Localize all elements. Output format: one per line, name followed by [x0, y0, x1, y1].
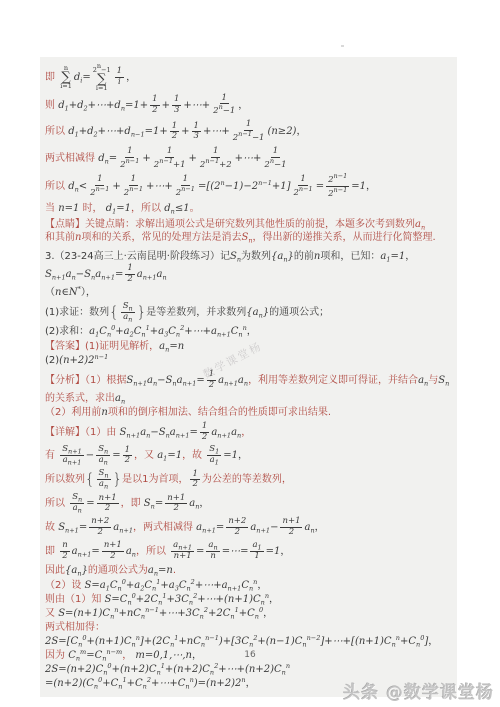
- text-run: an: [126, 545, 136, 558]
- content-panel: 即 n∑i=1di=2n−1∑i=11i，则 d1+d2+⋯+dn=1+12+1…: [40, 57, 457, 697]
- fraction: 12: [150, 95, 159, 116]
- text-run: =1: [351, 180, 366, 193]
- text-run: =⋯=: [222, 545, 249, 558]
- doc-line-24: 则由（1）知 S=Cn0+2Cn1+3Cn2+⋯+(n+1)Cnn，: [45, 593, 452, 606]
- doc-line-17: 有 Sn+1an+1−Snan=12，又 a1=1，故 S1a1=1，: [45, 444, 452, 467]
- text-run: +: [181, 125, 189, 138]
- text-run: ，: [246, 677, 256, 690]
- doc-line-10: (1)求证：数列{Snan}是等差数列，并求数列{an}的通项公式；: [45, 301, 452, 324]
- text-run-red: 项和的倒序相加法、结合组合的性质即可求出结果.: [108, 406, 331, 419]
- doc-line-8: 3.（23-24高三上·云南昆明·阶段练习）记Sn为数列{an}的前n项和，已知…: [45, 250, 452, 286]
- fraction: Snan: [121, 302, 135, 323]
- text-run: ，: [280, 545, 290, 558]
- text-run: dn≤1: [164, 202, 189, 215]
- doc-line-6: 当 n=1 时， d1=1，所以 dn≤1。: [45, 202, 452, 215]
- text-run-red: 。: [190, 202, 200, 215]
- fraction: n+12: [102, 541, 124, 562]
- text-run-red: 因此: [45, 564, 65, 577]
- fraction: 12n−1: [123, 175, 144, 199]
- text-run: ，: [247, 325, 257, 338]
- fraction: 12: [123, 446, 132, 467]
- fraction: n+12: [280, 517, 302, 538]
- text-run: 3Cn2+2Cn1+Cn0: [186, 607, 263, 620]
- text-run: =(n+2)(Cn0+Cn1+Cn2: [45, 677, 151, 690]
- text-run-red: 有: [45, 449, 58, 462]
- text-run: 3.（23-24高三上·云南昆明·阶段练习）记: [45, 250, 230, 263]
- text-run: =1: [223, 449, 238, 462]
- text-run: an=n: [148, 564, 173, 577]
- text-run: S=a1Cn0+a2Cn1+a3Cn2: [85, 579, 195, 592]
- page-number: 16: [0, 650, 500, 660]
- text-run: an+1an: [137, 268, 167, 281]
- text-run: an+1Cnn: [211, 325, 247, 338]
- doc-line-9: （n∈N*），: [45, 286, 452, 299]
- fraction: Snan: [70, 493, 84, 514]
- text-run: +⋯+: [195, 579, 222, 592]
- text-run: S=Cn0+2Cn1+3Cn2: [105, 593, 198, 606]
- text-run: d1+d2+⋯+dn−1=1+: [68, 125, 168, 138]
- text-run-red: ，得出新的递推关系，从而进行化简整理.: [253, 231, 436, 244]
- text-run: +⋯+: [184, 325, 211, 338]
- text-run-red: 项和的关系，常见的处理方法是消去: [81, 231, 241, 244]
- text-run-red: 所以数列: [45, 473, 85, 486]
- doc-line-26: 两式相加得：: [45, 621, 452, 634]
- text-run-red: ，所以: [131, 202, 164, 215]
- text-run: 是等差数列，并求数列: [146, 306, 246, 319]
- text-run: ，: [366, 180, 376, 193]
- text-run: ，: [296, 125, 306, 138]
- text-run: −: [86, 449, 94, 462]
- doc-line-3: 所以 d1+d2+⋯+dn−1=1+12+13+⋯+12n−1−1(n≥2)，: [45, 119, 452, 145]
- text-run: an+1an: [218, 374, 248, 387]
- fraction: 12n−1: [119, 147, 140, 171]
- text-run: （: [45, 286, 55, 299]
- text-run: (2)求和：: [45, 325, 89, 338]
- text-run: +⋯+: [235, 152, 262, 165]
- text-run: 2S=[Cn0+(n+1)Cnn]: [45, 635, 144, 648]
- doc-line-15: （2）利用前n项和的倒序相加法、结合组合的性质即可求出结果.: [45, 406, 452, 419]
- text-run: dn=: [98, 152, 117, 165]
- doc-line-21: 即 n2an+1=n+12an，所以 an+1n+1=ann=⋯=a11=1，: [45, 540, 452, 563]
- doc-line-1: 即 n∑i=1di=2n−1∑i=11i，: [45, 63, 452, 92]
- text-run: 2S=(n+2)Cn0+(n+2)Cn1+(n+2)Cn2: [45, 663, 218, 676]
- text-run: ，: [315, 521, 325, 534]
- doc-line-14: 【分析】（1）根据Sn+1an−Snan+1=12an+1an，利用等差数列定义…: [45, 369, 452, 405]
- sum-icon: 2n−1∑i=1: [93, 63, 111, 92]
- text-run: 为数列: [241, 250, 271, 263]
- text-run: [(n+1)Cnn+Cn0]: [351, 635, 428, 648]
- text-run: +⋯+: [197, 593, 224, 606]
- text-run: =: [112, 449, 120, 462]
- text-run-red: 和其前: [45, 231, 75, 244]
- text-run: (n+1)Cnn: [224, 593, 269, 606]
- fraction: Sn+1an+1: [60, 445, 84, 466]
- fraction: 12: [200, 422, 209, 443]
- text-run: ，: [263, 607, 273, 620]
- text-run-red: 所以: [45, 497, 68, 510]
- text-run: +(2Cn1+nCnn−1): [144, 635, 223, 648]
- text-run: +⋯+: [203, 125, 230, 138]
- fraction: 12: [170, 122, 179, 143]
- text-run: an: [418, 374, 428, 387]
- text-run: an: [189, 497, 199, 510]
- text-run: ，: [257, 579, 267, 592]
- fraction: n+22: [226, 517, 248, 538]
- fraction: 12n−1: [175, 175, 196, 199]
- text-run-red: an: [415, 218, 425, 231]
- text-run-red: 【点睛】关键点睛：求解出通项公式是研究数列其他性质的前提，本题多次考到数列: [45, 218, 415, 231]
- scan-speck: [341, 45, 344, 47]
- text-run-red: 的通项公式为: [88, 564, 148, 577]
- text-run: =: [316, 180, 324, 193]
- text-run-red: 两式相加得：: [45, 621, 105, 634]
- text-run: (1)求证：数列: [45, 306, 109, 319]
- text-run: an+1−: [250, 521, 278, 534]
- text-run: +⋯+: [218, 663, 245, 676]
- text-run-red: 当: [45, 202, 58, 215]
- text-run-red: 的关系式，求出: [45, 392, 115, 405]
- fraction: an+1n+1: [171, 541, 194, 562]
- text-run: S=(n+1)Cnn+nCnn−1: [58, 607, 159, 620]
- text-run: +⋯+: [151, 677, 178, 690]
- text-run: =[(2n−1)−2n−1+1]: [198, 180, 291, 193]
- text-run: d1=1: [103, 202, 131, 215]
- text-run: (n≥2): [267, 125, 296, 138]
- text-run: Cnn)=(n+2)2n: [178, 677, 246, 690]
- text-run: 的通项公式；: [269, 306, 329, 319]
- text-run: 项和，已知：: [320, 250, 380, 263]
- doc-line-25: 又 S=(n+1)Cnn+nCnn−1+⋯+3Cn2+2Cn1+Cn0，: [45, 607, 452, 620]
- fraction: n+22: [89, 517, 111, 538]
- text-run-red: 【详解】（1）由: [45, 426, 120, 439]
- text-run: +: [162, 99, 170, 112]
- text-run: =1: [266, 545, 281, 558]
- text-run: Sn+1an−Snan+1=: [120, 426, 198, 439]
- text-run: ，: [126, 71, 136, 84]
- text-run: ，: [428, 635, 438, 648]
- text-run-red: （2）设: [45, 579, 85, 592]
- doc-line-20: 故 Sn+1=n+22an+1，两式相减得 an+1=n+22an+1−n+12…: [45, 516, 452, 539]
- text-run-red: ，利用等差数列定义即可得证，并结合: [248, 374, 418, 387]
- text-run: +⋯+: [159, 607, 186, 620]
- fraction: n+12: [165, 494, 187, 515]
- fraction: 12n−1: [293, 175, 314, 199]
- text-run: +⋯+: [183, 99, 210, 112]
- text-run: {an}: [271, 250, 294, 263]
- document-lines: 即 n∑i=1di=2n−1∑i=11i，则 d1+d2+⋯+dn=1+12+1…: [45, 63, 452, 690]
- text-run-red: Sn: [241, 231, 252, 244]
- fraction: Snan: [97, 469, 111, 490]
- doc-line-27: 2S=[Cn0+(n+1)Cnn]+(2Cn1+nCnn−1)+[3Cn2+(n…: [45, 635, 452, 648]
- text-run: ，: [405, 250, 415, 263]
- text-run: a1Cn0+a2Cn1+a3Cn2: [89, 325, 184, 338]
- text-run: an+1Cnn: [222, 579, 258, 592]
- text-run: =: [196, 545, 204, 558]
- doc-line-5: 所以 dn<12n−1+12n−1+⋯+12n−1=[(2n−1)−2n−1+1…: [45, 172, 452, 201]
- doc-line-4: 两式相减得 dn=12n−1+12n−1+1+12n−1+2+⋯+12n−1: [45, 146, 452, 172]
- text-run-red: 所以: [45, 125, 68, 138]
- text-run: }: [113, 472, 123, 487]
- text-run: +⋯+: [324, 635, 351, 648]
- text-run: +: [142, 152, 150, 165]
- text-run-red: 即: [45, 545, 58, 558]
- fraction: 12n−1: [212, 94, 236, 118]
- doc-line-11: (2)求和：a1Cn0+a2Cn1+a3Cn2+⋯+an+1Cnn，: [45, 325, 452, 338]
- fraction: ann: [206, 541, 219, 562]
- text-run: +⋯+: [146, 180, 173, 193]
- text-run: Sn+1an−Snan+1=: [45, 268, 123, 281]
- text-run: {an}: [65, 564, 88, 577]
- text-run-red: 则由（1）知: [45, 593, 105, 606]
- text-run: an+1=: [72, 545, 100, 558]
- text-run: {an}: [246, 306, 269, 319]
- text-run-red: 故: [45, 521, 58, 534]
- text-run: a1=1: [380, 250, 405, 263]
- text-run-red: ，所以: [136, 545, 169, 558]
- text-run-red: （2）利用前: [45, 406, 101, 419]
- text-run-red: 为公差的等差数列，: [202, 473, 292, 486]
- fraction: S1a1: [207, 445, 221, 466]
- text-run-red: 则: [45, 99, 58, 112]
- text-run: {: [85, 472, 95, 487]
- corner-watermark: 头条 @数学课堂杨: [343, 678, 494, 703]
- fraction: 13: [192, 122, 201, 143]
- text-run-red: 又: [45, 607, 58, 620]
- doc-line-2: 则 d1+d2+⋯+dn=1+12+13+⋯+12n−1，: [45, 93, 452, 119]
- doc-line-19: 所以 Snan=n+12，即 Sn=n+12an，: [45, 492, 452, 515]
- text-run-red: ，即: [121, 497, 144, 510]
- fraction: 12n−1: [89, 175, 110, 199]
- text-run: +[3Cn2+(n−1)Cnn−2]: [223, 635, 325, 648]
- text-run: +: [189, 152, 197, 165]
- fraction: 12n−1−1: [232, 120, 266, 144]
- text-run: ，: [199, 497, 209, 510]
- text-run: Sn+1an−Snan+1=: [126, 374, 204, 387]
- doc-line-16: 【详解】（1）由 Sn+1an−Snan+1=12an+1an，: [45, 421, 452, 444]
- document-page: 即 n∑i=1di=2n−1∑i=11i，则 d1+d2+⋯+dn=1+12+1…: [0, 0, 500, 707]
- text-run: ，: [238, 99, 248, 112]
- text-run: n∈N*: [55, 286, 81, 299]
- text-run: (2): [45, 354, 59, 367]
- text-run: an+1an: [211, 426, 241, 439]
- text-run: ），: [81, 286, 96, 299]
- text-run: Sn: [230, 250, 241, 263]
- text-run: +: [112, 180, 120, 193]
- fraction: n+12: [97, 494, 119, 515]
- text-run-red: .: [173, 564, 176, 577]
- text-run: ，: [238, 449, 248, 462]
- fraction: n2: [60, 541, 69, 562]
- text-run-red: 【分析】（1）根据: [45, 374, 126, 387]
- text-run: dn<: [68, 180, 87, 193]
- text-run: ，: [269, 593, 279, 606]
- text-run: {: [109, 305, 119, 320]
- doc-line-7: 【点睛】关键点睛：求解出通项公式是研究数列其他性质的前提，本题多次考到数列an和…: [45, 218, 452, 244]
- text-run: a1=1: [157, 449, 182, 462]
- fraction: 12n−1+1: [153, 147, 187, 171]
- fraction: 12n−1+2: [199, 147, 233, 171]
- text-run-red: 【答案】(1)证明见解析，: [45, 340, 159, 353]
- text-run-red: ，: [241, 426, 251, 439]
- doc-line-18: 所以数列{Snan}是以1为首项，12为公差的等差数列，: [45, 468, 452, 491]
- text-run: n=1: [58, 202, 79, 215]
- text-run: 的前: [294, 250, 314, 263]
- text-run-red: 是以1为首项，: [122, 473, 188, 486]
- fraction: 12n−1: [263, 147, 287, 171]
- text-run: Sn+1=: [58, 521, 87, 534]
- fraction: 1i: [115, 67, 124, 88]
- text-run: an: [304, 521, 314, 534]
- text-run: Sn=: [144, 497, 163, 510]
- fraction: 13: [172, 95, 181, 116]
- text-run: (n+2)2n−1: [59, 354, 108, 367]
- text-run-red: 时，: [79, 202, 102, 215]
- text-run-red: ，故: [182, 449, 205, 462]
- fraction: 2n−12n−1: [326, 173, 349, 200]
- doc-line-22: 因此{an}的通项公式为an=n.: [45, 564, 452, 577]
- sum-icon: n∑i=1: [60, 65, 72, 90]
- fraction: 12: [125, 264, 134, 285]
- text-run: d1+d2+⋯+dn=1+: [58, 99, 148, 112]
- fraction: a11: [250, 541, 263, 562]
- fraction: Snan: [96, 445, 110, 466]
- text-run-red: 两式相减得: [45, 152, 98, 165]
- text-run-red: ，两式相减得: [133, 521, 196, 534]
- text-run: (n+2)Cnn: [245, 663, 290, 676]
- text-run: =: [86, 497, 94, 510]
- text-run: an+1: [113, 521, 133, 534]
- text-run-red: 与: [428, 374, 438, 387]
- doc-line-29: 2S=(n+2)Cn0+(n+2)Cn1+(n+2)Cn2+⋯+(n+2)Cnn: [45, 663, 452, 676]
- text-run: an: [115, 392, 125, 405]
- text-run-red: 即: [45, 71, 58, 84]
- fraction: 12: [190, 470, 199, 491]
- text-run: }: [137, 305, 147, 320]
- text-run-red: 所以: [45, 180, 68, 193]
- text-run: di=: [74, 71, 91, 84]
- text-run: Sn: [438, 374, 449, 387]
- text-run: an=n: [159, 340, 184, 353]
- text-run-red: ，又: [134, 449, 157, 462]
- doc-line-23: （2）设 S=a1Cn0+a2Cn1+a3Cn2+⋯+an+1Cnn，: [45, 579, 452, 592]
- text-run: an+1=: [196, 521, 224, 534]
